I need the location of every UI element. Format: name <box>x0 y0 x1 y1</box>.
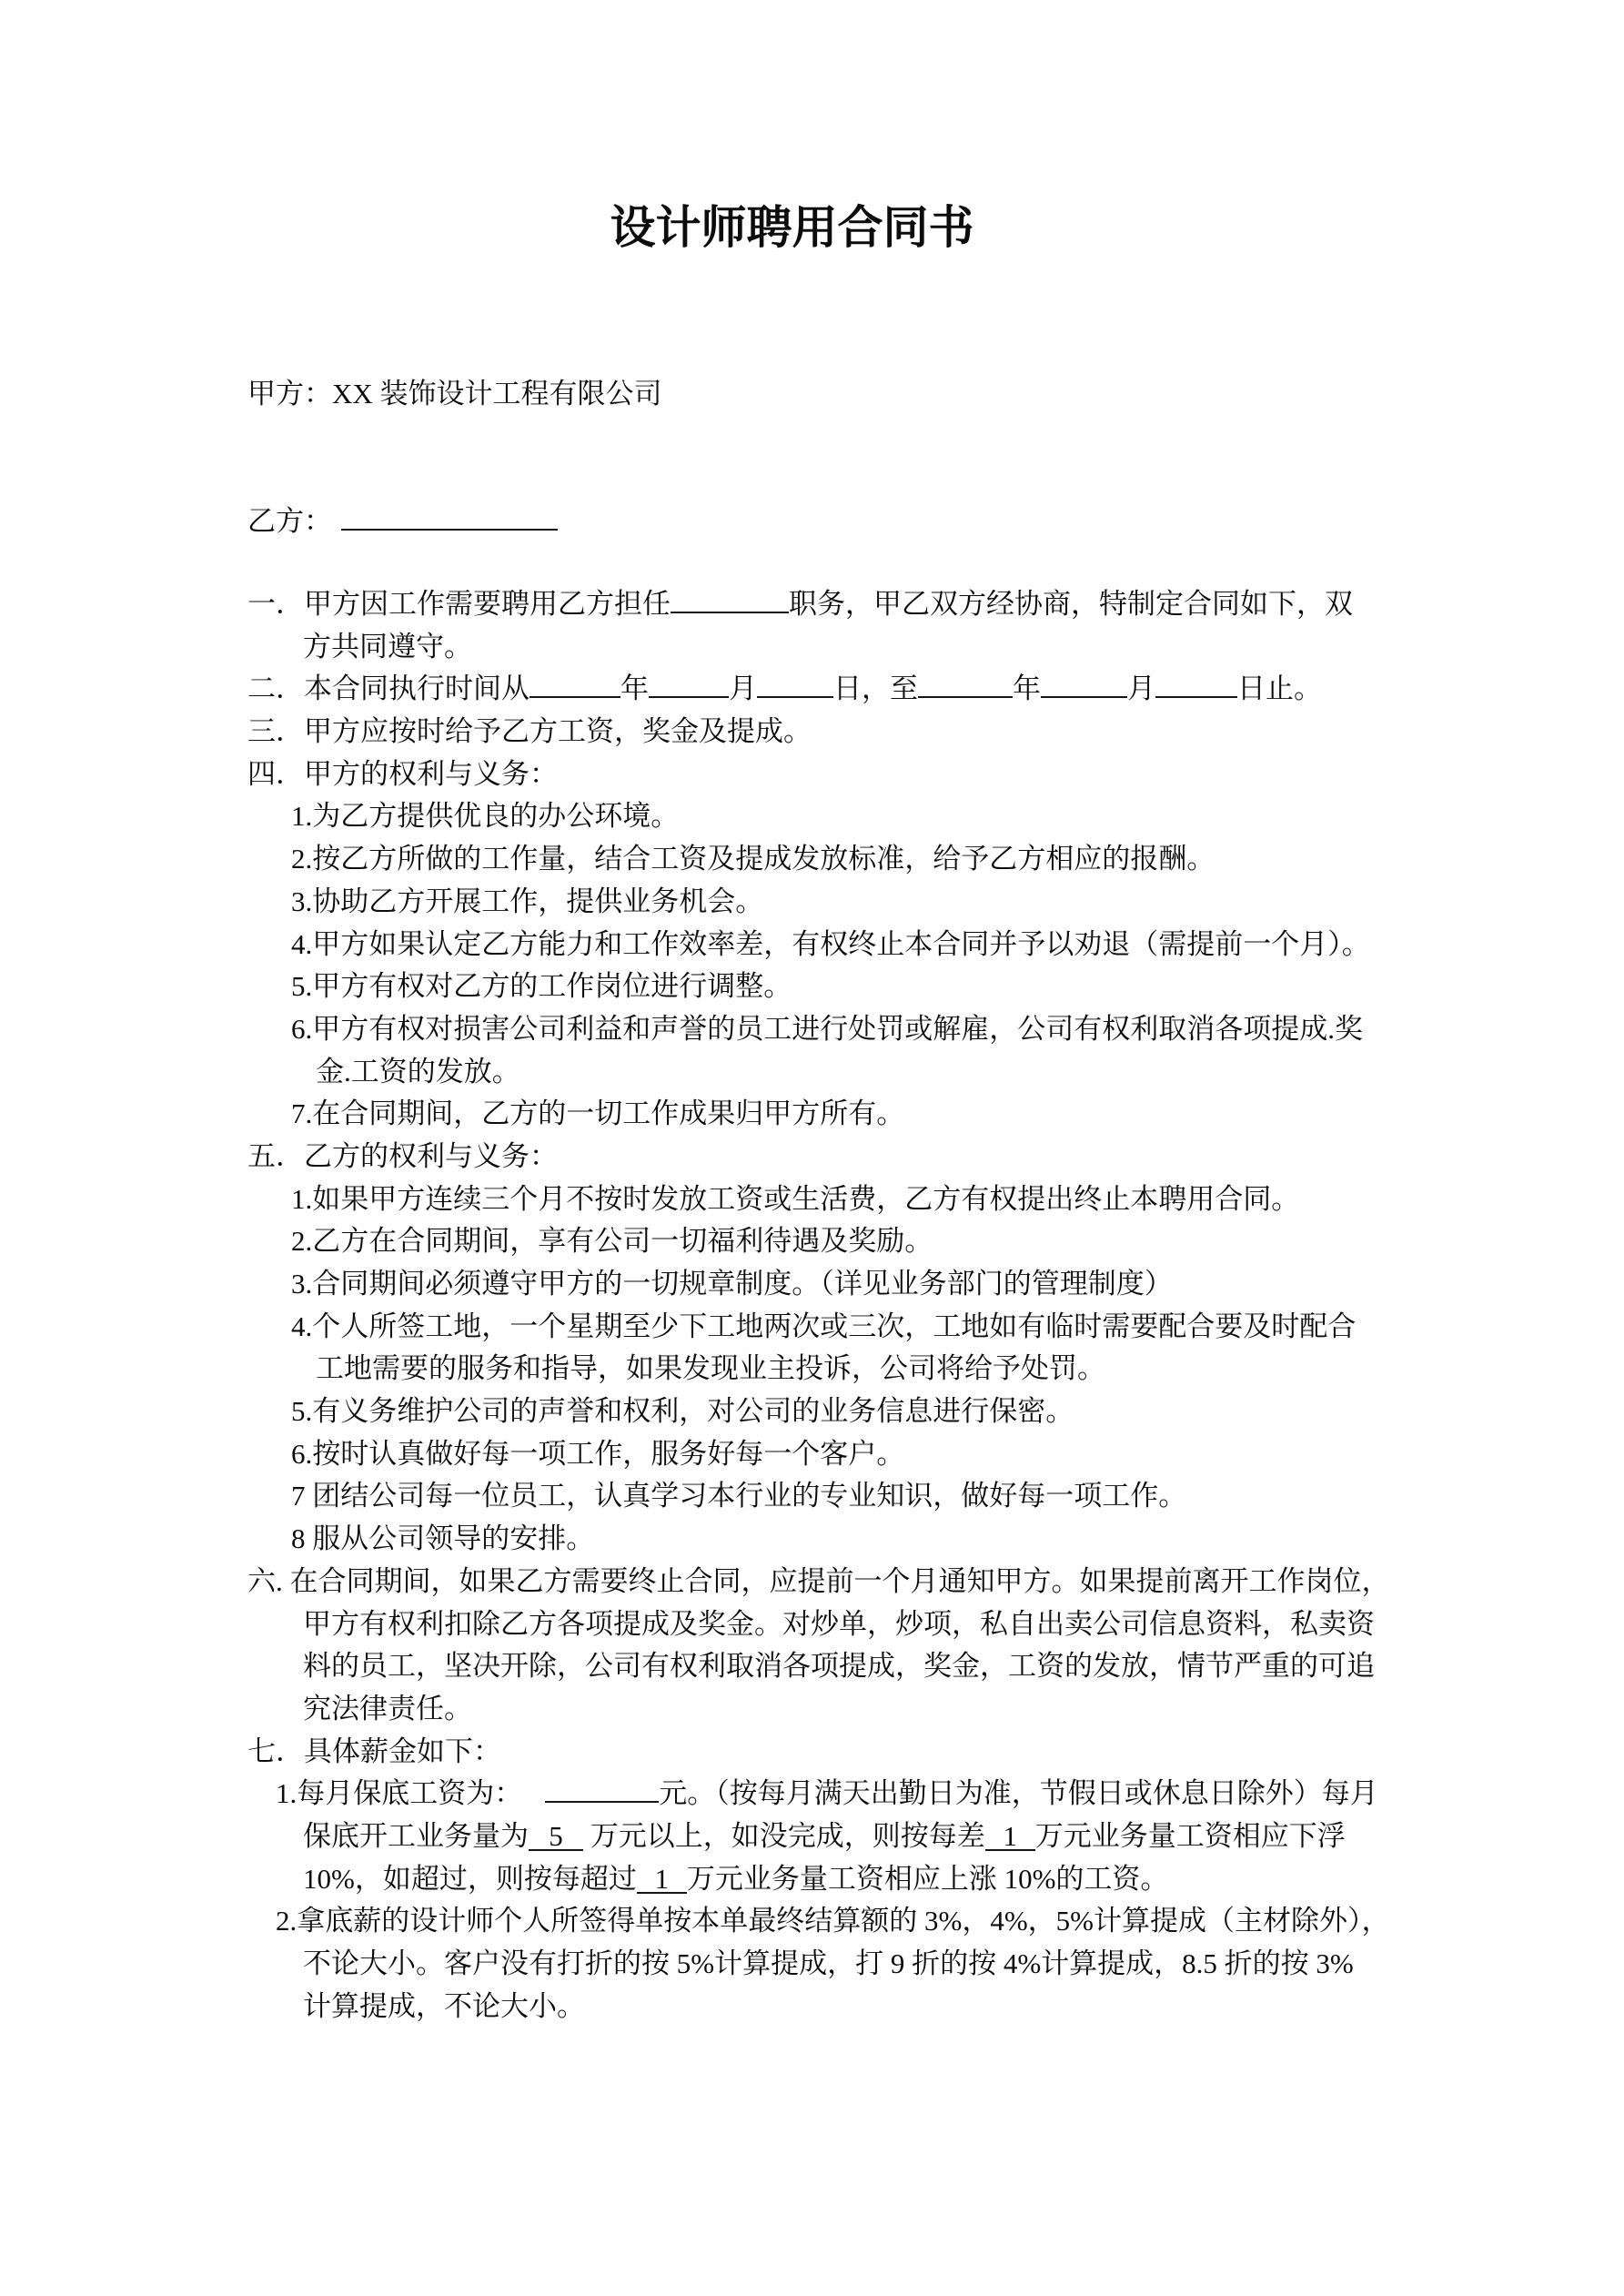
document-title: 设计师聘用合同书 <box>0 195 1624 260</box>
contract-line: 六. 在合同期间，如果乙方需要终止合同，应提前一个月通知甲方。如果提前离开工作岗… <box>0 1561 1624 1603</box>
contract-line: 6.按时认真做好每一项工作，服务好每一个客户。 <box>0 1433 1624 1476</box>
blank-field <box>757 671 833 699</box>
contract-page: 设计师聘用合同书 甲方：XX 装饰设计工程有限公司 乙方： 一．甲方因工作需要聘… <box>0 0 1624 2296</box>
party-b-label: 乙方： <box>247 505 332 537</box>
party-b-blank-field <box>341 502 558 531</box>
contract-line: 甲方有权利扣除乙方各项提成及奖金。对炒单，炒项，私自出卖公司信息资料，私卖资 <box>0 1603 1624 1646</box>
party-a-line: 甲方：XX 装饰设计工程有限公司 <box>247 373 662 415</box>
contract-line: 不论大小。客户没有打折的按 5%计算提成，打 9 折的按 4%计算提成，8.5 … <box>0 1943 1624 1986</box>
contract-line: 7.在合同期间，乙方的一切工作成果归甲方所有。 <box>0 1093 1624 1136</box>
filled-blank-value: 1 <box>637 1865 687 1895</box>
blank-field <box>1155 671 1237 699</box>
contract-line: 3.合同期间必须遵守甲方的一切规章制度。（详见业务部门的管理制度） <box>0 1263 1624 1306</box>
party-b-line: 乙方： <box>247 501 558 542</box>
contract-line: 计算提成，不论大小。 <box>0 1986 1624 2028</box>
contract-line: 七．具体薪金如下： <box>0 1731 1624 1774</box>
contract-line: 三．甲方应按时给予乙方工资，奖金及提成。 <box>0 711 1624 754</box>
contract-line: 工地需要的服务和指导，如果发现业主投诉，公司将给予处罚。 <box>0 1348 1624 1391</box>
contract-line: 6.甲方有权对损害公司利益和声誉的员工进行处罚或解雇，公司有权利取消各项提成.奖 <box>0 1008 1624 1051</box>
contract-line: 4.甲方如果认定乙方能力和工作效率差，有权终止本合同并予以劝退（需提前一个月）。 <box>0 924 1624 966</box>
contract-line: 究法律责任。 <box>0 1688 1624 1731</box>
blank-field <box>918 671 1013 699</box>
contract-line: 二．本合同执行时间从年月日，至年月日止。 <box>0 668 1624 711</box>
contract-line: 1.为乙方提供优良的办公环境。 <box>0 795 1624 838</box>
contract-line: 7 团结公司每一位员工，认真学习本行业的专业知识，做好每一项工作。 <box>0 1475 1624 1518</box>
contract-line: 2.拿底薪的设计师个人所签得单按本单最终结算额的 3%，4%，5%计算提成（主材… <box>0 1900 1624 1943</box>
contract-line: 1.每月保底工资为：元。（按每月满天出勤日为准，节假日或休息日除外）每月 <box>0 1773 1624 1816</box>
contract-line: 2.按乙方所做的工作量，结合工资及提成发放标准，给予乙方相应的报酬。 <box>0 838 1624 881</box>
filled-blank-value: 5 <box>529 1822 583 1852</box>
contract-line: 五．乙方的权利与义务： <box>0 1136 1624 1178</box>
contract-line: 10%，如超过，则按每超过1万元业务量工资相应上涨 10%的工资。 <box>0 1858 1624 1901</box>
blank-field <box>649 671 729 699</box>
blank-field <box>530 671 620 699</box>
contract-line: 方共同遵守。 <box>0 626 1624 669</box>
contract-body: 一．甲方因工作需要聘用乙方担任职务，甲乙双方经协商，特制定合同如下，双方共同遵守… <box>0 583 1624 2028</box>
contract-line: 4.个人所签工地，一个星期至少下工地两次或三次，工地如有临时需要配合要及时配合 <box>0 1306 1624 1349</box>
contract-line: 1.如果甲方连续三个月不按时发放工资或生活费，乙方有权提出终止本聘用合同。 <box>0 1178 1624 1221</box>
contract-line: 金.工资的发放。 <box>0 1051 1624 1094</box>
contract-line: 料的员工，坚决开除，公司有权利取消各项提成，奖金，工资的发放，情节严重的可追 <box>0 1645 1624 1688</box>
contract-line: 一．甲方因工作需要聘用乙方担任职务，甲乙双方经协商，特制定合同如下，双 <box>0 583 1624 626</box>
contract-line: 保底开工业务量为5 万元以上，如没完成，则按每差1万元业务量工资相应下浮 <box>0 1816 1624 1858</box>
contract-line: 2.乙方在合同期间，享有公司一切福利待遇及奖励。 <box>0 1220 1624 1263</box>
contract-line: 5.甲方有权对乙方的工作岗位进行调整。 <box>0 966 1624 1008</box>
blank-field <box>545 1775 659 1804</box>
contract-line: 8 服从公司领导的安排。 <box>0 1518 1624 1561</box>
contract-line: 四．甲方的权利与义务： <box>0 754 1624 796</box>
filled-blank-value: 1 <box>985 1822 1035 1852</box>
contract-line: 5.有义务维护公司的声誉和权利，对公司的业务信息进行保密。 <box>0 1391 1624 1433</box>
blank-field <box>671 585 789 613</box>
contract-line: 3.协助乙方开展工作，提供业务机会。 <box>0 881 1624 924</box>
blank-field <box>1041 671 1127 699</box>
